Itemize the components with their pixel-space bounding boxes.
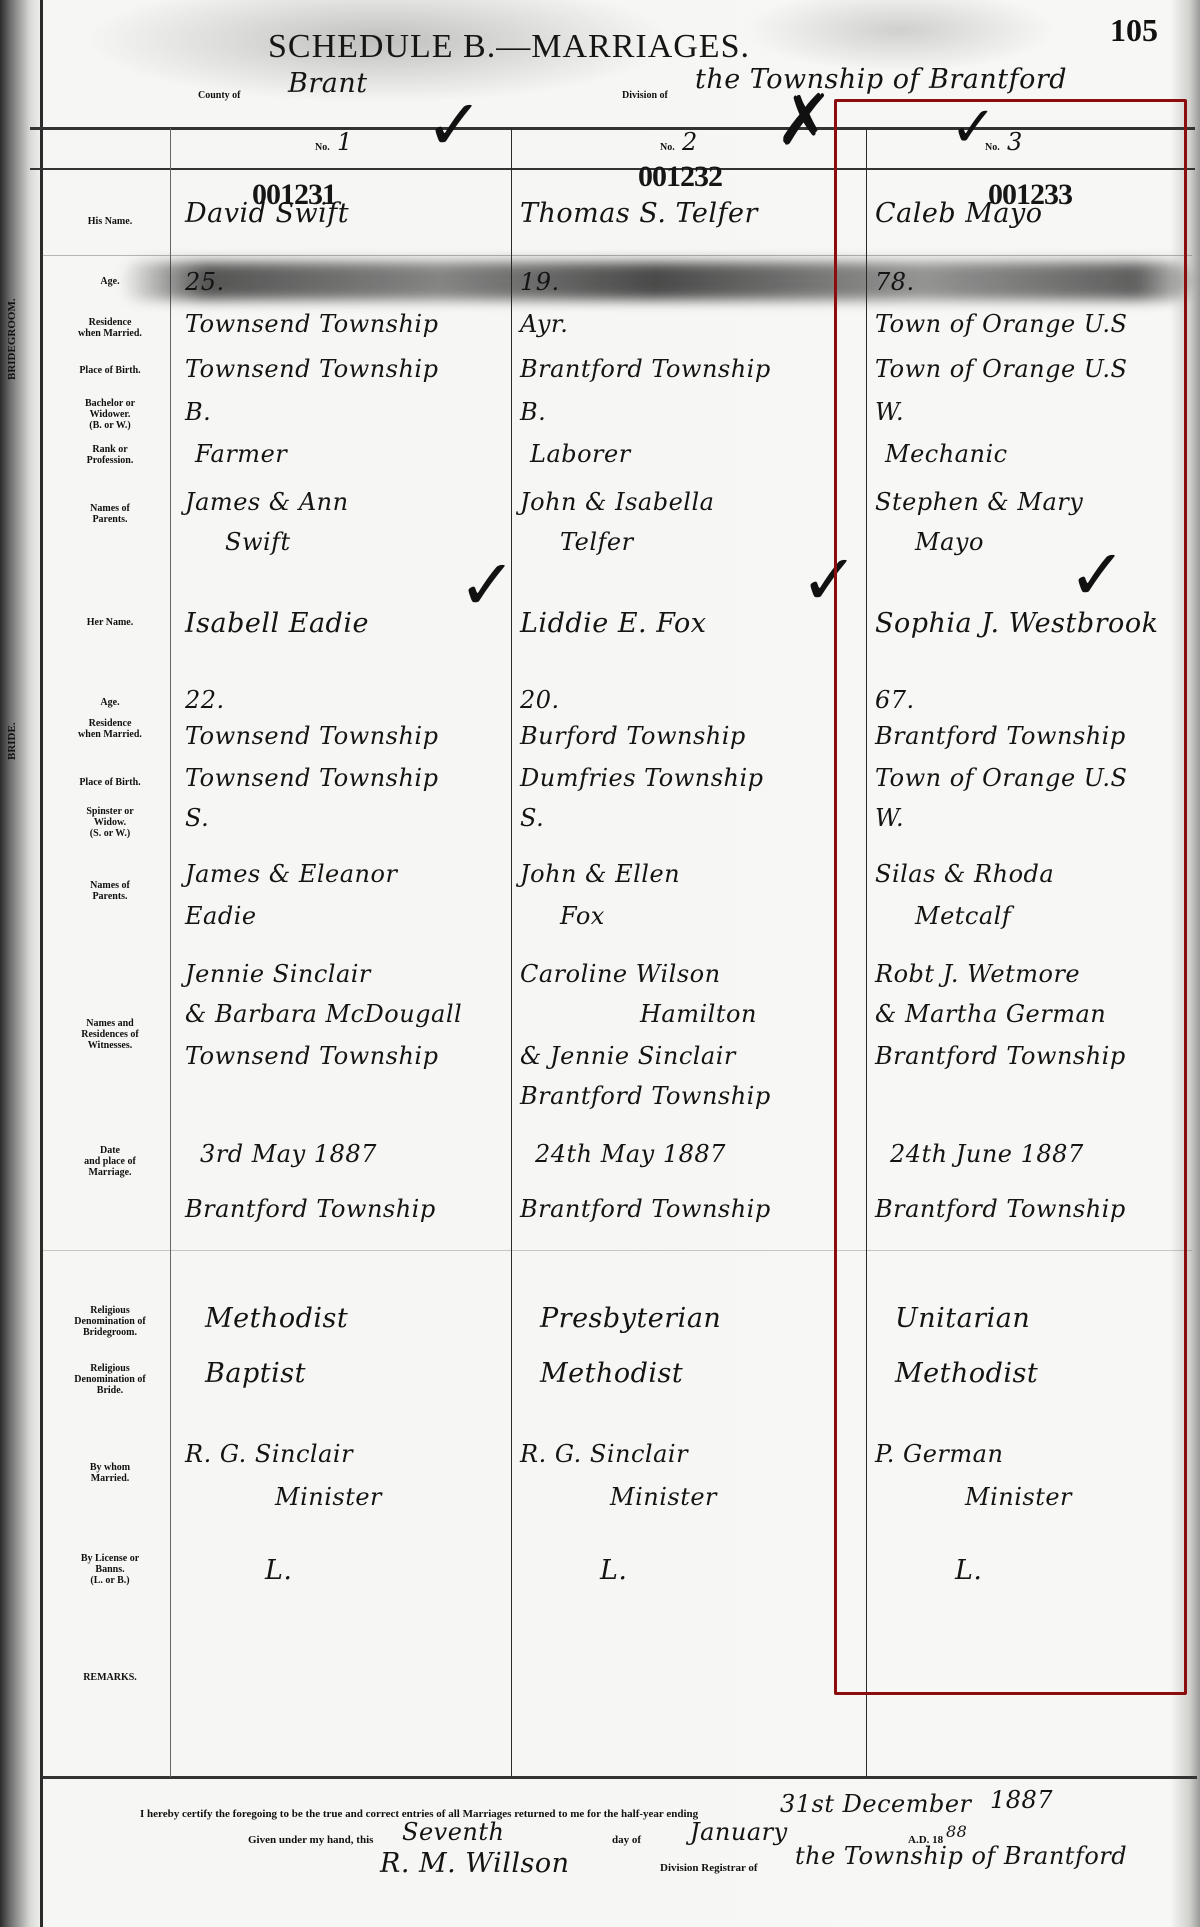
- bride-age: 22.: [185, 686, 225, 714]
- label-age: Age.: [50, 276, 170, 287]
- groom-parents-surname: Swift: [225, 528, 291, 556]
- license-or-banns: L.: [265, 1555, 293, 1586]
- groom-status: B.: [520, 398, 546, 426]
- registrar-label: Division Registrar of: [660, 1862, 758, 1874]
- column-divider: [170, 128, 171, 1777]
- entry-no-label: No.: [660, 142, 675, 153]
- checkmark-icon: ✗: [775, 85, 834, 155]
- bride-birthplace: Dumfries Township: [520, 764, 764, 792]
- table-bottom-rule: [42, 1776, 1197, 1779]
- bride-name: Isabell Eadie: [185, 608, 369, 639]
- page-title: SCHEDULE B.—MARRIAGES.: [268, 28, 750, 66]
- marriage-date: 3rd May 1887: [200, 1140, 377, 1168]
- groom-age: 19.: [520, 268, 560, 296]
- bride-birthplace: Townsend Township: [185, 764, 438, 792]
- marriage-place: Brantford Township: [185, 1195, 436, 1223]
- bride-status: S.: [520, 804, 544, 832]
- certification-year: 1887: [990, 1786, 1053, 1814]
- groom-name: David Swift: [185, 198, 349, 229]
- label-bride-place-of-birth: Place of Birth.: [50, 777, 170, 788]
- entry-number: 1: [337, 128, 353, 156]
- bride-name: Liddie E. Fox: [520, 608, 706, 639]
- scanned-page: SCHEDULE B.—MARRIAGES. 105 County of Bra…: [0, 0, 1200, 1927]
- groom-birthplace: Townsend Township: [185, 355, 438, 383]
- marriage-place: Brantford Township: [520, 1195, 771, 1223]
- county-value: Brant: [288, 68, 368, 99]
- groom-parents: John & Isabella: [520, 488, 714, 516]
- label-date-place: Dateand place ofMarriage.: [50, 1145, 170, 1178]
- column-divider: [511, 128, 512, 1777]
- label-religion-groom: ReligiousDenomination ofBridegroom.: [50, 1305, 170, 1338]
- month: January: [690, 1818, 788, 1846]
- religion-groom: Presbyterian: [540, 1303, 721, 1334]
- ad-year: 88: [946, 1822, 967, 1841]
- groom-parents: James & Ann: [185, 488, 349, 516]
- witness-line: Jennie Sinclair: [185, 960, 371, 988]
- religion-groom: Methodist: [205, 1303, 348, 1334]
- checkmark-icon: ✓: [425, 90, 484, 160]
- bride-parents-surname: Fox: [560, 902, 605, 930]
- entry-number: 2: [682, 128, 698, 156]
- bride-residence: Burford Township: [520, 722, 746, 750]
- entry-no-label: No.: [315, 142, 330, 153]
- checkmark-icon: ✓: [458, 550, 517, 620]
- bride-residence: Townsend Township: [185, 722, 438, 750]
- label-spinster-widow: Spinster orWidow.(S. or W.): [50, 806, 170, 839]
- label-residence: Residencewhen Married.: [50, 317, 170, 339]
- groom-parents-surname: Telfer: [560, 528, 634, 556]
- registrar-of: the Township of Brantford: [795, 1842, 1127, 1870]
- given-day: Seventh: [402, 1818, 504, 1846]
- witness-line: & Jennie Sinclair: [520, 1042, 736, 1070]
- groom-status: B.: [185, 398, 211, 426]
- label-bride-residence: Residencewhen Married.: [50, 718, 170, 740]
- religion-bride: Methodist: [540, 1358, 683, 1389]
- record-id: 001232: [638, 160, 722, 194]
- bride-side-label: BRIDE.: [6, 722, 18, 760]
- county-label: County of: [198, 90, 241, 101]
- officiant-name: R. G. Sinclair: [185, 1440, 353, 1468]
- label-by-whom-married: By whomMarried.: [50, 1462, 170, 1484]
- bride-age: 20.: [520, 686, 560, 714]
- label-groom-parents: Names ofParents.: [50, 503, 170, 525]
- label-her-name: Her Name.: [50, 617, 170, 628]
- witness-line: Brantford Township: [520, 1082, 771, 1110]
- groom-birthplace: Brantford Township: [520, 355, 771, 383]
- witness-line: Caroline Wilson: [520, 960, 721, 988]
- label-remarks: REMARKS.: [50, 1672, 170, 1683]
- page-number: 105: [1110, 12, 1158, 49]
- groom-profession: Farmer: [195, 440, 287, 468]
- label-witnesses: Names andResidences ofWitnesses.: [50, 1018, 170, 1051]
- label-bride-parents: Names ofParents.: [50, 880, 170, 902]
- division-value: the Township of Brantford: [695, 64, 1067, 95]
- label-bachelor-widower: Bachelor orWidower.(B. or W.): [50, 398, 170, 431]
- label-his-name: His Name.: [50, 216, 170, 227]
- witness-line: Hamilton: [640, 1000, 757, 1028]
- label-rank-profession: Rank orProfession.: [50, 444, 170, 466]
- witness-line: Townsend Township: [185, 1042, 438, 1070]
- groom-name: Thomas S. Telfer: [520, 198, 758, 229]
- witness-line: & Barbara McDougall: [185, 1000, 462, 1028]
- bride-parents-surname: Eadie: [185, 902, 257, 930]
- registrar-signature: R. M. Willson: [380, 1848, 570, 1879]
- marriage-date: 24th May 1887: [535, 1140, 726, 1168]
- officiant-title: Minister: [610, 1483, 717, 1511]
- officiant-title: Minister: [275, 1483, 382, 1511]
- bride-parents: John & Ellen: [520, 860, 680, 888]
- groom-residence: Ayr.: [520, 310, 568, 338]
- day-of-label: day of: [612, 1834, 641, 1846]
- label-bride-age: Age.: [50, 697, 170, 708]
- religion-bride: Baptist: [205, 1358, 306, 1389]
- groom-age: 25.: [185, 268, 225, 296]
- label-license-banns: By License orBanns.(L. or B.): [50, 1553, 170, 1586]
- label-place-of-birth: Place of Birth.: [50, 365, 170, 376]
- groom-residence: Townsend Township: [185, 310, 438, 338]
- selection-highlight-entry-3[interactable]: [834, 99, 1187, 1695]
- bride-parents: James & Eleanor: [185, 860, 397, 888]
- license-or-banns: L.: [600, 1555, 628, 1586]
- given-label: Given under my hand, this: [248, 1834, 373, 1846]
- officiant-name: R. G. Sinclair: [520, 1440, 688, 1468]
- groom-profession: Laborer: [530, 440, 631, 468]
- page-left-border: [40, 0, 43, 1927]
- bride-status: S.: [185, 804, 209, 832]
- half-year-ending: 31st December: [780, 1790, 972, 1818]
- bridegroom-side-label: BRIDEGROOM.: [6, 298, 18, 380]
- label-religion-bride: ReligiousDenomination ofBride.: [50, 1363, 170, 1396]
- division-label: Division of: [622, 90, 668, 101]
